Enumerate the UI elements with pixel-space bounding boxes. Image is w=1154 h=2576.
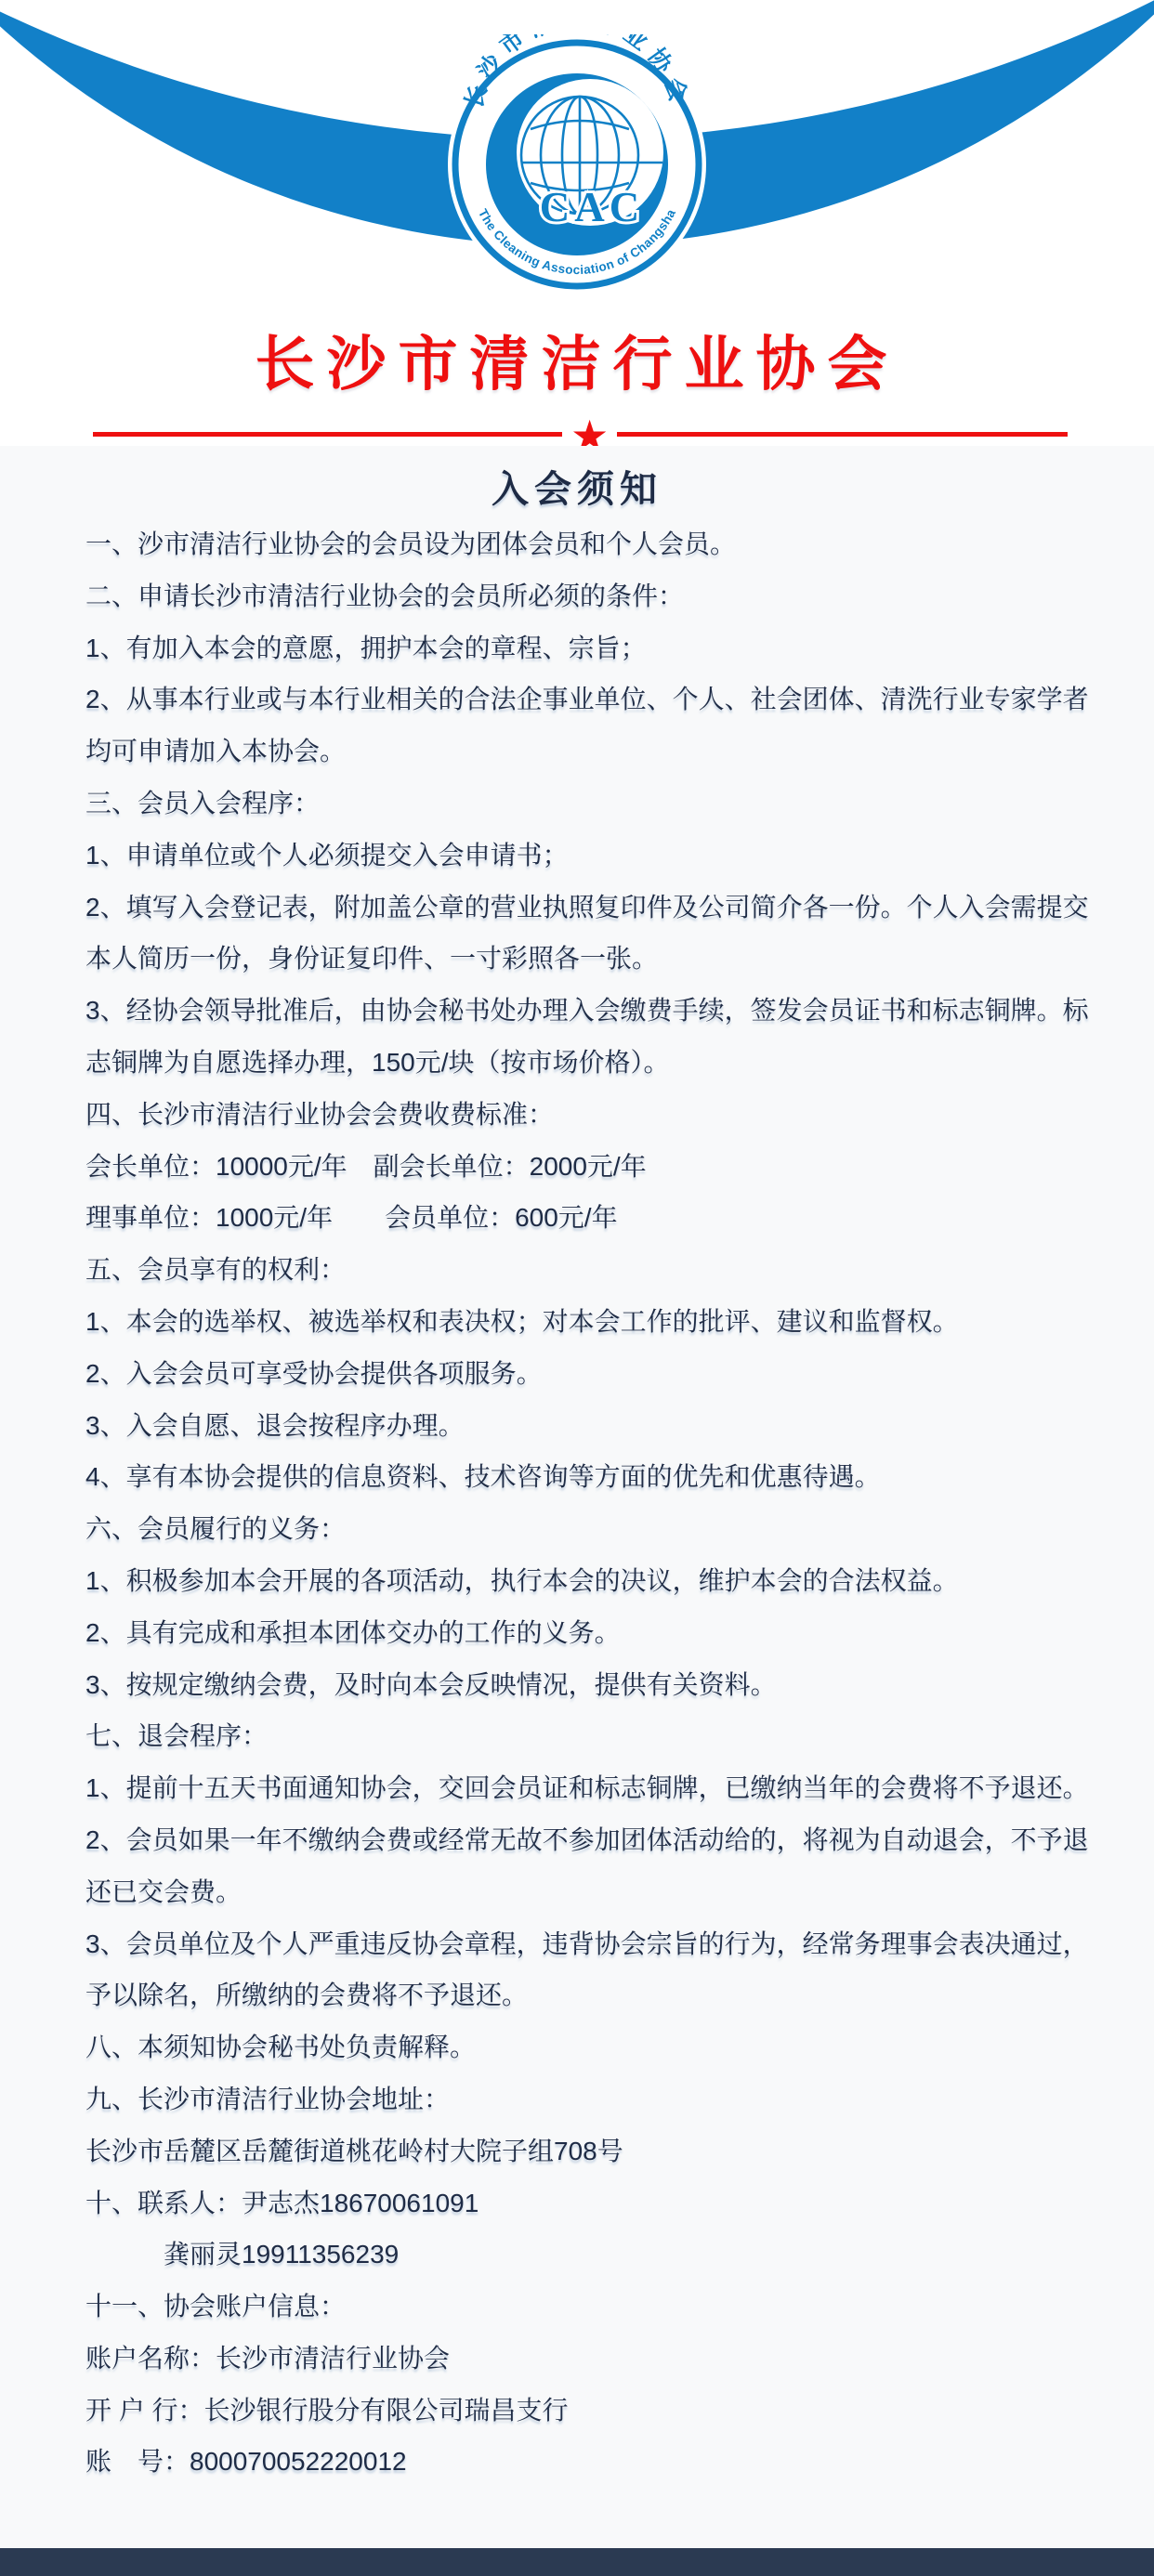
notice-line: 会长单位：10000元/年 副会长单位：2000元/年 <box>85 1141 1106 1193</box>
notice-line: 志铜牌为自愿选择办理，150元/块（按市场价格）。 <box>85 1037 1106 1089</box>
notice-line: 一、沙市清洁行业协会的会员设为团体会员和个人会员。 <box>85 518 1106 570</box>
notice-line: 龚丽灵19911356239 <box>85 2229 1106 2281</box>
notice-line: 七、退会程序： <box>85 1710 1106 1762</box>
notice-line: 账 号：800070052220012 <box>85 2436 1106 2488</box>
notice-line: 三、会员入会程序： <box>85 778 1106 830</box>
notice-line: 3、按规定缴纳会费，及时向本会反映情况，提供有关资料。 <box>85 1659 1106 1711</box>
notice-line: 八、本须知协会秘书处负责解释。 <box>85 2021 1106 2073</box>
notice-line: 1、积极参加本会开展的各项活动，执行本会的决议，维护本会的合法权益。 <box>85 1555 1106 1607</box>
notice-line: 3、会员单位及个人严重违反协会章程，违背协会宗旨的行为，经常务理事会表决通过， <box>85 1918 1106 1970</box>
notice-line: 四、长沙市清洁行业协会会费收费标准： <box>85 1089 1106 1141</box>
notice-line: 1、本会的选举权、被选举权和表决权；对本会工作的批评、建议和监督权。 <box>85 1296 1106 1348</box>
notice-line: 还已交会费。 <box>85 1866 1106 1918</box>
notice-line: 九、长沙市清洁行业协会地址： <box>85 2073 1106 2125</box>
footer-bar <box>0 2548 1154 2576</box>
notice-line: 4、享有本协会提供的信息资料、技术咨询等方面的优先和优惠待遇。 <box>85 1451 1106 1503</box>
notice-body: 一、沙市清洁行业协会的会员设为团体会员和个人会员。二、申请长沙市清洁行业协会的会… <box>0 518 1154 2488</box>
notice-line: 六、会员履行的义务： <box>85 1503 1106 1555</box>
notice-line: 五、会员享有的权利： <box>85 1244 1106 1296</box>
notice-line: 1、申请单位或个人必须提交入会申请书； <box>85 830 1106 882</box>
notice-line: 2、从事本行业或与本行业相关的合法企事业单位、个人、社会团体、清洗行业专家学者 <box>85 673 1106 726</box>
notice-line: 3、入会自愿、退会按程序办理。 <box>85 1400 1106 1452</box>
notice-line: 十一、协会账户信息： <box>85 2281 1106 2333</box>
association-title: 长沙市清洁行业协会 <box>0 331 1154 398</box>
notice-line: 3、经协会领导批准后，由协会秘书处办理入会缴费手续，签发会员证书和标志铜牌。标 <box>85 985 1106 1037</box>
divider-line-right <box>617 432 1068 437</box>
notice-line: 理事单位：1000元/年 会员单位：600元/年 <box>85 1192 1106 1244</box>
notice-line: 2、会员如果一年不缴纳会费或经常无故不参加团体活动给的，将视为自动退会，不予退 <box>85 1814 1106 1866</box>
divider-line-left <box>93 432 562 437</box>
notice-line: 1、有加入本会的意愿，拥护本会的章程、宗旨； <box>85 622 1106 674</box>
membership-notice-poster: CAC 长沙市清洁行业协会 The Cleaning Association o… <box>0 0 1154 2576</box>
notice-line: 2、填写入会登记表，附加盖公章的营业执照复印件及公司简介各一份。个人入会需提交 <box>85 882 1106 934</box>
notice-line: 1、提前十五天书面通知协会，交回会员证和标志铜牌，已缴纳当年的会费将不予退还。 <box>85 1762 1106 1814</box>
notice-line: 2、入会会员可享受协会提供各项服务。 <box>85 1348 1106 1400</box>
notice-line: 长沙市岳麓区岳麓街道桃花岭村大院子组708号 <box>85 2125 1106 2177</box>
notice-line: 本人简历一份，身份证复印件、一寸彩照各一张。 <box>85 933 1106 985</box>
notice-line: 2、具有完成和承担本团体交办的工作的义务。 <box>85 1607 1106 1659</box>
notice-line: 二、申请长沙市清洁行业协会的会员所必须的条件： <box>85 570 1106 622</box>
notice-line: 予以除名，所缴纳的会费将不予退还。 <box>85 1969 1106 2021</box>
notice-line: 开 户 行：长沙银行股分有限公司瑞昌支行 <box>85 2385 1106 2437</box>
logo-acronym: CAC <box>540 184 645 230</box>
notice-line: 均可申请加入本协会。 <box>85 726 1106 778</box>
association-logo-badge: CAC 长沙市清洁行业协会 The Cleaning Association o… <box>447 34 707 294</box>
notice-heading: 入会须知 <box>0 467 1154 512</box>
notice-line: 账户名称：长沙市清洁行业协会 <box>85 2333 1106 2385</box>
notice-line: 十、联系人：尹志杰18670061091 <box>85 2177 1106 2229</box>
